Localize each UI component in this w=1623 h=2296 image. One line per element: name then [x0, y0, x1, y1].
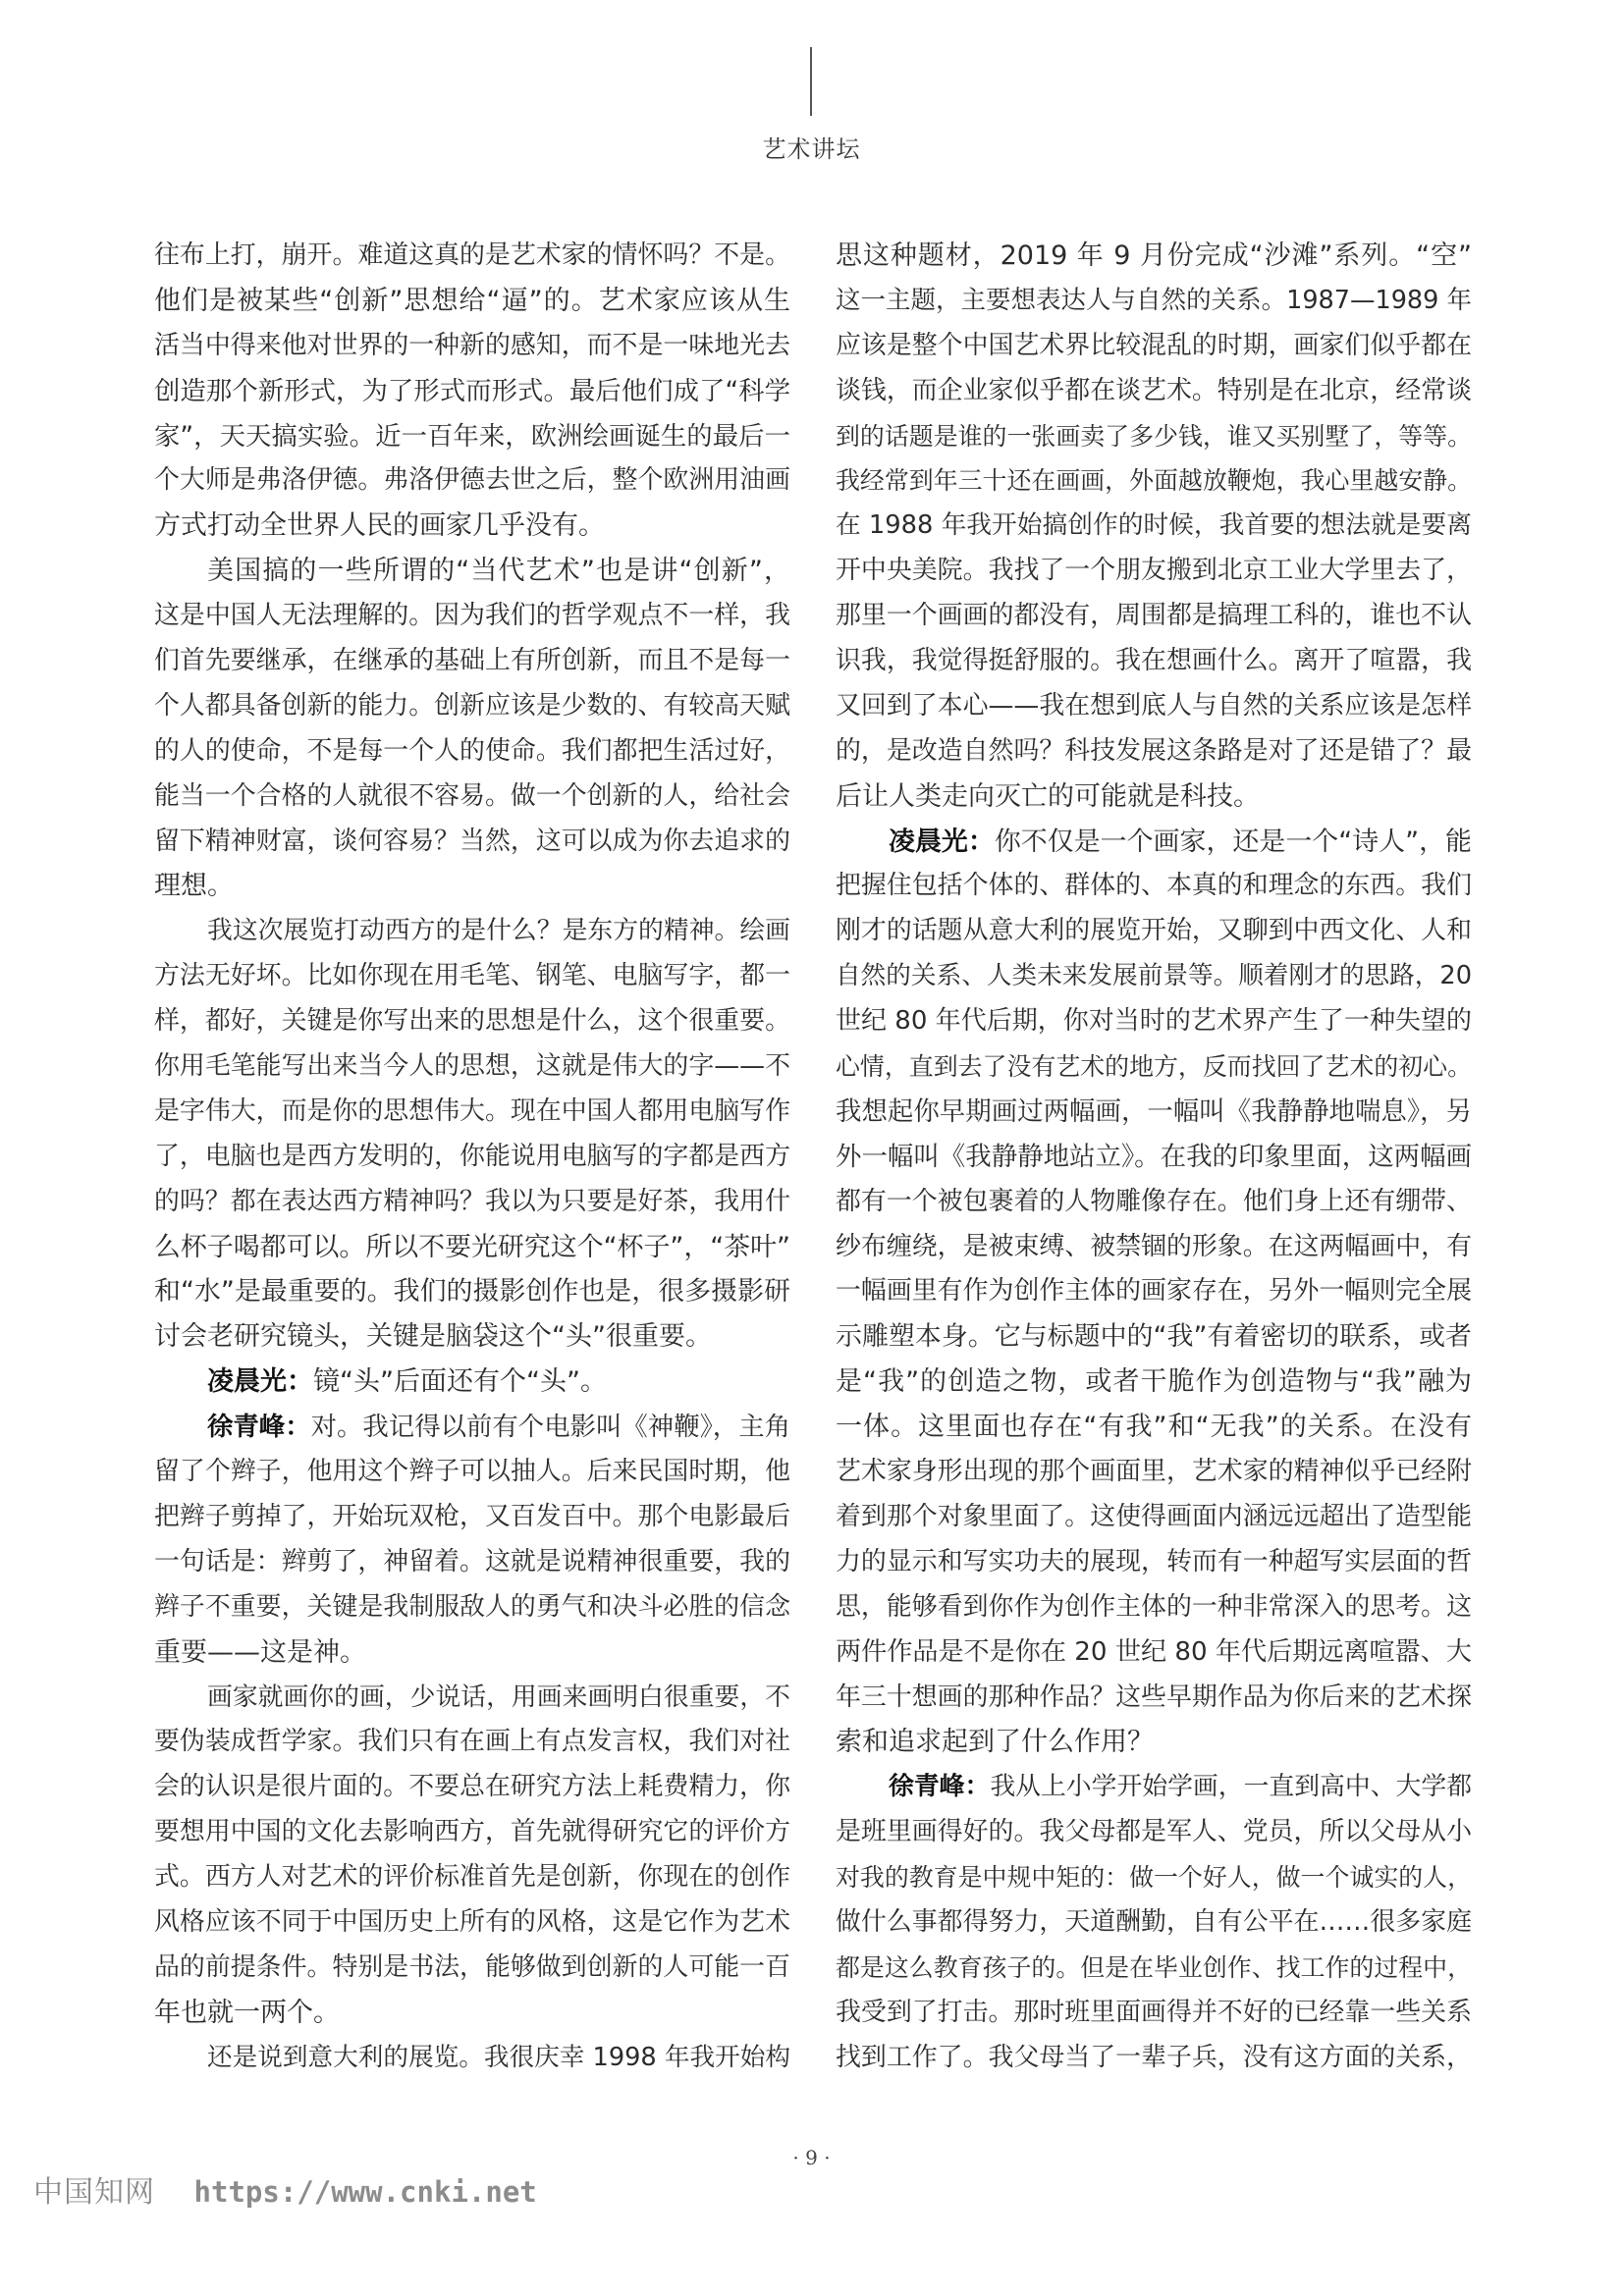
line-text: 要伪装成哲学家。我们只有在画上有点发言权，我们对社: [154, 1727, 790, 1756]
line-text: 式。西方人对艺术的评价标准首先是创新，你现在的创作: [154, 1862, 790, 1892]
line-text: 要想用中国的文化去影响西方，首先就得研究它的评价方: [154, 1817, 790, 1846]
text-line: 刚才的话题从意大利的展览开始，又聊到中西文化、人和: [836, 909, 1472, 954]
text-line: 方法无好坏。比如你现在用毛笔、钢笔、电脑写字，都一: [154, 954, 790, 999]
line-text: 后让人类走向灭亡的可能就是科技。: [836, 781, 1260, 812]
text-line: 活当中得来他对世界的一种新的感知，而不是一味地光去: [154, 324, 790, 369]
line-text: 这一主题，主要想表达人与自然的关系。1987—1989 年: [836, 286, 1472, 315]
text-line: 我这次展览打动西方的是什么？是东方的精神。绘画: [154, 909, 790, 954]
text-line: 方式打动全世界人民的画家几乎没有。: [154, 504, 790, 549]
text-line: 外一幅叫《我静静地站立》。在我的印象里面，这两幅画: [836, 1135, 1472, 1180]
text-line: 留了个辫子，他用这个辫子可以抽人。后来民国时期，他: [154, 1450, 790, 1495]
line-text: 家”，天天搞实验。近一百年来，欧洲绘画诞生的最后一: [154, 421, 790, 452]
watermark-name: 中国知网: [33, 2175, 155, 2210]
line-text: 力的显示和写实功夫的展现，转而有一种超写实层面的哲: [836, 1547, 1472, 1576]
text-line: 力的显示和写实功夫的展现，转而有一种超写实层面的哲: [836, 1540, 1472, 1585]
text-line: 自然的关系、人类未来发展前景等。顺着刚才的思路，20: [836, 954, 1472, 999]
line-text: 辫子不重要，关键是我制服敌人的勇气和决斗必胜的信念: [154, 1592, 790, 1622]
line-text: 心情，直到去了没有艺术的地方，反而找回了艺术的初心。: [836, 1052, 1472, 1081]
text-line: 心情，直到去了没有艺术的地方，反而找回了艺术的初心。: [836, 1044, 1472, 1090]
line-text: 你不仅是一个画家，还是一个“诗人”，能: [995, 827, 1472, 857]
text-line: 是字伟大，而是你的思想伟大。现在中国人都用电脑写作: [154, 1090, 790, 1135]
text-line: 识我，我觉得挺舒服的。我在想画什么。离开了喧嚣，我: [836, 639, 1472, 684]
text-line: 后让人类走向灭亡的可能就是科技。: [836, 774, 1472, 820]
right-column: 思这种题材，2019 年 9 月份完成“沙滩”系列。“空”这一主题，主要想表达人…: [836, 234, 1472, 2081]
text-line: 对我的教育是中规中矩的：做一个好人，做一个诚实的人，: [836, 1855, 1472, 1900]
text-line: 重要——这是神。: [154, 1630, 790, 1676]
line-text: 思这种题材，2019 年 9 月份完成“沙滩”系列。“空”: [836, 240, 1472, 271]
text-line: 样，都好，关键是你写出来的思想是什么，这个很重要。: [154, 999, 790, 1044]
text-line: 做什么事都得努力，天道酬勤，自有公平在……很多家庭: [836, 1900, 1472, 1946]
text-line: 凌晨光：你不仅是一个画家，还是一个“诗人”，能: [836, 820, 1472, 865]
line-text: 年也就一两个。: [154, 1998, 340, 2028]
line-text: 都是这么教育孩子的。但是在毕业创作、找工作的过程中，: [836, 1953, 1472, 1982]
text-line: 开中央美院。我找了一个朋友搬到北京工业大学里去了，: [836, 549, 1472, 594]
text-line: 那里一个画画的都没有，周围都是搞理工科的，谁也不认: [836, 594, 1472, 639]
line-text: 都有一个被包裹着的人物雕像存在。他们身上还有绷带、: [836, 1187, 1472, 1216]
text-line: 一句话是：辫剪了，神留着。这就是说精神很重要，我的: [154, 1540, 790, 1585]
line-text: 了，电脑也是西方发明的，你能说用电脑写的字都是西方: [154, 1142, 790, 1171]
line-text: 活当中得来他对世界的一种新的感知，而不是一味地光去: [154, 331, 790, 360]
text-line: 这是中国人无法理解的。因为我们的哲学观点不一样，我: [154, 594, 790, 639]
text-line: 往布上打，崩开。难道这真的是艺术家的情怀吗？不是。: [154, 234, 790, 279]
line-text: 个人都具备创新的能力。创新应该是少数的、有较高天赋: [154, 691, 790, 721]
text-line: 你用毛笔能写出来当今人的思想，这就是伟大的字——不: [154, 1044, 790, 1090]
text-line: 品的前提条件。特别是书法，能够做到创新的人可能一百: [154, 1946, 790, 1991]
text-line: 思，能够看到你作为创作主体的一种非常深入的思考。这: [836, 1585, 1472, 1630]
text-line: 一幅画里有作为创作主体的画家存在，另外一幅则完全展: [836, 1269, 1472, 1314]
watermark: 中国知网 https://www.cnki.net: [33, 2167, 537, 2211]
line-text: 着到那个对象里面了。这使得画面内涵远远超出了造型能: [836, 1502, 1472, 1531]
text-line: 家”，天天搞实验。近一百年来，欧洲绘画诞生的最后一: [154, 414, 790, 459]
line-text: 我受到了打击。那时班里面画得并不好的已经靠一些关系: [836, 1998, 1472, 2027]
line-text: 把辫子剪掉了，开始玩双枪，又百发百中。那个电影最后: [154, 1502, 790, 1531]
text-line: 们首先要继承，在继承的基础上有所创新，而且不是每一: [154, 639, 790, 684]
text-line: 世纪 80 年代后期，你对当时的艺术界产生了一种失望的: [836, 999, 1472, 1044]
line-text: 找到工作了。我父母当了一辈子兵，没有这方面的关系，: [836, 2043, 1472, 2072]
text-line: 他们是被某些“创新”思想给“逼”的。艺术家应该从生: [154, 279, 790, 324]
line-text: 样，都好，关键是你写出来的思想是什么，这个很重要。: [154, 1006, 790, 1036]
text-line: 年也就一两个。: [154, 1991, 790, 2036]
text-line: 我想起你早期画过两幅画，一幅叫《我静静地喘息》，另: [836, 1090, 1472, 1135]
line-text: 么杯子喝都可以。所以不要光研究这个“杯子”，“茶叶”: [154, 1232, 790, 1262]
text-line: 个人都具备创新的能力。创新应该是少数的、有较高天赋: [154, 684, 790, 729]
text-line: 辫子不重要，关键是我制服敌人的勇气和决斗必胜的信念: [154, 1585, 790, 1630]
text-line: 索和追求起到了什么作用？: [836, 1720, 1472, 1765]
text-line: 么杯子喝都可以。所以不要光研究这个“杯子”，“茶叶”: [154, 1225, 790, 1270]
line-text: 年三十想画的那种作品？这些早期作品为你后来的艺术探: [836, 1682, 1472, 1712]
line-text: 在 1988 年我开始搞创作的时候，我首要的想法就是要离: [836, 510, 1472, 540]
line-text: 那里一个画画的都没有，周围都是搞理工科的，谁也不认: [836, 601, 1472, 630]
left-column: 往布上打，崩开。难道这真的是艺术家的情怀吗？不是。他们是被某些“创新”思想给“逼…: [154, 234, 790, 2081]
text-line: 到的话题是谁的一张画卖了多少钱，谁又买别墅了，等等。: [836, 414, 1472, 459]
line-text: 往布上打，崩开。难道这真的是艺术家的情怀吗？不是。: [154, 240, 790, 270]
line-text: 个大师是弗洛伊德。弗洛伊德去世之后，整个欧洲用油画: [154, 465, 790, 495]
line-text: 重要——这是神。: [154, 1637, 366, 1668]
text-line: 了，电脑也是西方发明的，你能说用电脑写的字都是西方: [154, 1135, 790, 1180]
text-line: 凌晨光：镜“头”后面还有个“头”。: [154, 1360, 790, 1405]
line-text: 方式打动全世界人民的画家几乎没有。: [154, 510, 605, 541]
line-text: 们首先要继承，在继承的基础上有所创新，而且不是每一: [154, 646, 790, 675]
text-line: 都是这么教育孩子的。但是在毕业创作、找工作的过程中，: [836, 1946, 1472, 1991]
line-text: 和“水”是最重要的。我们的摄影创作也是，很多摄影研: [154, 1276, 790, 1307]
line-text: 会的认识是很片面的。不要总在研究方法上耗费精力，你: [154, 1772, 790, 1801]
text-line: 能当一个合格的人就很不容易。做一个创新的人，给社会: [154, 774, 790, 820]
text-line: 个大师是弗洛伊德。弗洛伊德去世之后，整个欧洲用油画: [154, 458, 790, 504]
line-text: 是“我”的创造之物，或者干脆作为创造物与“我”融为: [836, 1366, 1472, 1397]
text-line: 风格应该不同于中国历史上所有的风格，这是它作为艺术: [154, 1900, 790, 1946]
line-text: 对。我记得以前有个电影叫《神鞭》，主角: [311, 1412, 790, 1442]
line-text: 创造那个新形式，为了形式而形式。最后他们成了“科学: [154, 376, 790, 406]
text-line: 的吗？都在表达西方精神吗？我以为只要是好茶，我用什: [154, 1180, 790, 1225]
text-line: 谈钱，而企业家似乎都在谈艺术。特别是在北京，经常谈: [836, 369, 1472, 414]
line-text: 我想起你早期画过两幅画，一幅叫《我静静地喘息》，另: [836, 1096, 1472, 1127]
line-text: 示雕塑本身。它与标题中的“我”有着密切的联系，或者: [836, 1321, 1472, 1352]
line-text: 又回到了本心——我在想到底人与自然的关系应该是怎样: [836, 691, 1472, 721]
line-text: 开中央美院。我找了一个朋友搬到北京工业大学里去了，: [836, 556, 1472, 585]
line-text: 我从上小学开始学画，一直到高中、大学都: [990, 1772, 1472, 1801]
text-line: 徐青峰：我从上小学开始学画，一直到高中、大学都: [836, 1765, 1472, 1810]
line-text: 艺术家身形出现的那个画面里，艺术家的精神似乎已经附: [836, 1457, 1472, 1486]
line-text: 还是说到意大利的展览。我很庆幸 1998 年我开始构: [207, 2043, 790, 2072]
text-line: 理想。: [154, 864, 790, 909]
text-line: 示雕塑本身。它与标题中的“我”有着密切的联系，或者: [836, 1314, 1472, 1360]
text-line: 徐青峰：对。我记得以前有个电影叫《神鞭》，主角: [154, 1405, 790, 1450]
line-text: 画家就画你的画，少说话，用画来画明白很重要，不: [207, 1682, 790, 1712]
text-line: 的，是改造自然吗？科技发展这条路是对了还是错了？最: [836, 729, 1472, 774]
line-text: 索和追求起到了什么作用？: [836, 1727, 1154, 1757]
line-text: 能当一个合格的人就很不容易。做一个创新的人，给社会: [154, 781, 790, 811]
section-title: 艺术讲坛: [0, 130, 1623, 164]
line-text: 我这次展览打动西方的是什么？是东方的精神。绘画: [207, 916, 790, 945]
text-line: 着到那个对象里面了。这使得画面内涵远远超出了造型能: [836, 1495, 1472, 1540]
watermark-url[interactable]: https://www.cnki.net: [194, 2175, 537, 2209]
line-text: 品的前提条件。特别是书法，能够做到创新的人可能一百: [154, 1952, 790, 1982]
text-line: 会的认识是很片面的。不要总在研究方法上耗费精力，你: [154, 1765, 790, 1810]
text-line: 艺术家身形出现的那个画面里，艺术家的精神似乎已经附: [836, 1450, 1472, 1495]
text-line: 我受到了打击。那时班里面画得并不好的已经靠一些关系: [836, 1991, 1472, 2036]
text-line: 要伪装成哲学家。我们只有在画上有点发言权，我们对社: [154, 1720, 790, 1765]
line-text: 讨会老研究镜头，关键是脑袋这个“头”很重要。: [154, 1321, 712, 1352]
text-line: 年三十想画的那种作品？这些早期作品为你后来的艺术探: [836, 1676, 1472, 1721]
text-line: 都有一个被包裹着的人物雕像存在。他们身上还有绷带、: [836, 1180, 1472, 1225]
text-line: 这一主题，主要想表达人与自然的关系。1987—1989 年: [836, 279, 1472, 324]
line-text: 是班里画得好的。我父母都是军人、党员，所以父母从小: [836, 1817, 1472, 1846]
text-line: 和“水”是最重要的。我们的摄影创作也是，很多摄影研: [154, 1269, 790, 1314]
text-line: 思这种题材，2019 年 9 月份完成“沙滩”系列。“空”: [836, 234, 1472, 279]
line-text: 留下精神财富，谈何容易？当然，这可以成为你去追求的: [154, 827, 790, 856]
text-line: 是班里画得好的。我父母都是军人、党员，所以父母从小: [836, 1810, 1472, 1855]
text-line: 要想用中国的文化去影响西方，首先就得研究它的评价方: [154, 1810, 790, 1855]
line-text: 是字伟大，而是你的思想伟大。现在中国人都用电脑写作: [154, 1096, 790, 1126]
line-text: 理想。: [154, 871, 234, 901]
text-line: 又回到了本心——我在想到底人与自然的关系应该是怎样: [836, 684, 1472, 729]
line-text: 一句话是：辫剪了，神留着。这就是说精神很重要，我的: [154, 1547, 790, 1576]
text-line: 的人的使命，不是每一个人的使命。我们都把生活过好，: [154, 729, 790, 774]
text-line: 两件作品是不是你在 20 世纪 80 年代后期远离喧嚣、大: [836, 1630, 1472, 1676]
line-text: 他们是被某些“创新”思想给“逼”的。艺术家应该从生: [154, 286, 790, 316]
line-text: 镜“头”后面还有个“头”。: [313, 1366, 607, 1397]
speaker-label: 凌晨光：: [889, 827, 995, 857]
text-line: 纱布缠绕，是被束缚、被禁锢的形象。在这两幅画中，有: [836, 1225, 1472, 1270]
line-text: 思，能够看到你作为创作主体的一种非常深入的思考。这: [836, 1592, 1472, 1622]
line-text: 风格应该不同于中国历史上所有的风格，这是它作为艺术: [154, 1907, 790, 1937]
text-line: 还是说到意大利的展览。我很庆幸 1998 年我开始构: [154, 2036, 790, 2081]
line-text: 一体。这里面也存在“有我”和“无我”的关系。在没有: [836, 1412, 1472, 1442]
text-line: 一体。这里面也存在“有我”和“无我”的关系。在没有: [836, 1405, 1472, 1450]
text-line: 式。西方人对艺术的评价标准首先是创新，你现在的创作: [154, 1855, 790, 1900]
line-text: 留了个辫子，他用这个辫子可以抽人。后来民国时期，他: [154, 1457, 790, 1486]
line-text: 纱布缠绕，是被束缚、被禁锢的形象。在这两幅画中，有: [836, 1232, 1472, 1261]
text-line: 创造那个新形式，为了形式而形式。最后他们成了“科学: [154, 369, 790, 414]
line-text: 识我，我觉得挺舒服的。我在想画什么。离开了喧嚣，我: [836, 646, 1472, 675]
speaker-label: 徐青峰：: [207, 1412, 311, 1442]
line-text: 的，是改造自然吗？科技发展这条路是对了还是错了？最: [836, 736, 1472, 766]
text-line: 画家就画你的画，少说话，用画来画明白很重要，不: [154, 1676, 790, 1721]
line-text: 的人的使命，不是每一个人的使命。我们都把生活过好，: [154, 736, 790, 766]
line-text: 一幅画里有作为创作主体的画家存在，另外一幅则完全展: [836, 1276, 1472, 1306]
line-text: 方法无好坏。比如你现在用毛笔、钢笔、电脑写字，都一: [154, 961, 790, 990]
line-text: 谈钱，而企业家似乎都在谈艺术。特别是在北京，经常谈: [836, 376, 1472, 405]
text-line: 在 1988 年我开始搞创作的时候，我首要的想法就是要离: [836, 504, 1472, 549]
line-text: 到的话题是谁的一张画卖了多少钱，谁又买别墅了，等等。: [836, 422, 1472, 451]
text-line: 是“我”的创造之物，或者干脆作为创造物与“我”融为: [836, 1360, 1472, 1405]
line-text: 刚才的话题从意大利的展览开始，又聊到中西文化、人和: [836, 916, 1472, 945]
line-text: 对我的教育是中规中矩的：做一个好人，做一个诚实的人，: [836, 1863, 1472, 1892]
line-text: 这是中国人无法理解的。因为我们的哲学观点不一样，我: [154, 601, 790, 630]
text-line: 留下精神财富，谈何容易？当然，这可以成为你去追求的: [154, 820, 790, 865]
line-text: 我经常到年三十还在画画，外面越放鞭炮，我心里越安静。: [836, 466, 1472, 495]
line-text: 做什么事都得努力，天道酬勤，自有公平在……很多家庭: [836, 1907, 1472, 1937]
text-line: 把握住包括个体的、群体的、本真的和理念的东西。我们: [836, 864, 1472, 909]
line-text: 美国搞的一些所谓的“当代艺术”也是讲“创新”，: [207, 556, 790, 586]
line-text: 自然的关系、人类未来发展前景等。顺着刚才的思路，20: [836, 961, 1472, 990]
text-line: 找到工作了。我父母当了一辈子兵，没有这方面的关系，: [836, 2036, 1472, 2081]
text-line: 美国搞的一些所谓的“当代艺术”也是讲“创新”，: [154, 549, 790, 594]
text-line: 把辫子剪掉了，开始玩双枪，又百发百中。那个电影最后: [154, 1495, 790, 1540]
line-text: 把握住包括个体的、群体的、本真的和理念的东西。我们: [836, 871, 1472, 900]
line-text: 世纪 80 年代后期，你对当时的艺术界产生了一种失望的: [836, 1006, 1472, 1036]
text-line: 我经常到年三十还在画画，外面越放鞭炮，我心里越安静。: [836, 458, 1472, 504]
line-text: 外一幅叫《我静静地站立》。在我的印象里面，这两幅画: [836, 1142, 1472, 1172]
page-number: · 9 ·: [0, 2146, 1623, 2169]
header-divider: [810, 47, 812, 116]
speaker-label: 凌晨光：: [207, 1366, 313, 1397]
speaker-label: 徐青峰：: [889, 1772, 990, 1801]
line-text: 你用毛笔能写出来当今人的思想，这就是伟大的字——不: [154, 1051, 790, 1081]
line-text: 两件作品是不是你在 20 世纪 80 年代后期远离喧嚣、大: [836, 1637, 1472, 1667]
line-text: 的吗？都在表达西方精神吗？我以为只要是好茶，我用什: [154, 1187, 790, 1216]
text-line: 应该是整个中国艺术界比较混乱的时期，画家们似乎都在: [836, 324, 1472, 369]
line-text: 应该是整个中国艺术界比较混乱的时期，画家们似乎都在: [836, 331, 1472, 360]
text-line: 讨会老研究镜头，关键是脑袋这个“头”很重要。: [154, 1314, 790, 1360]
